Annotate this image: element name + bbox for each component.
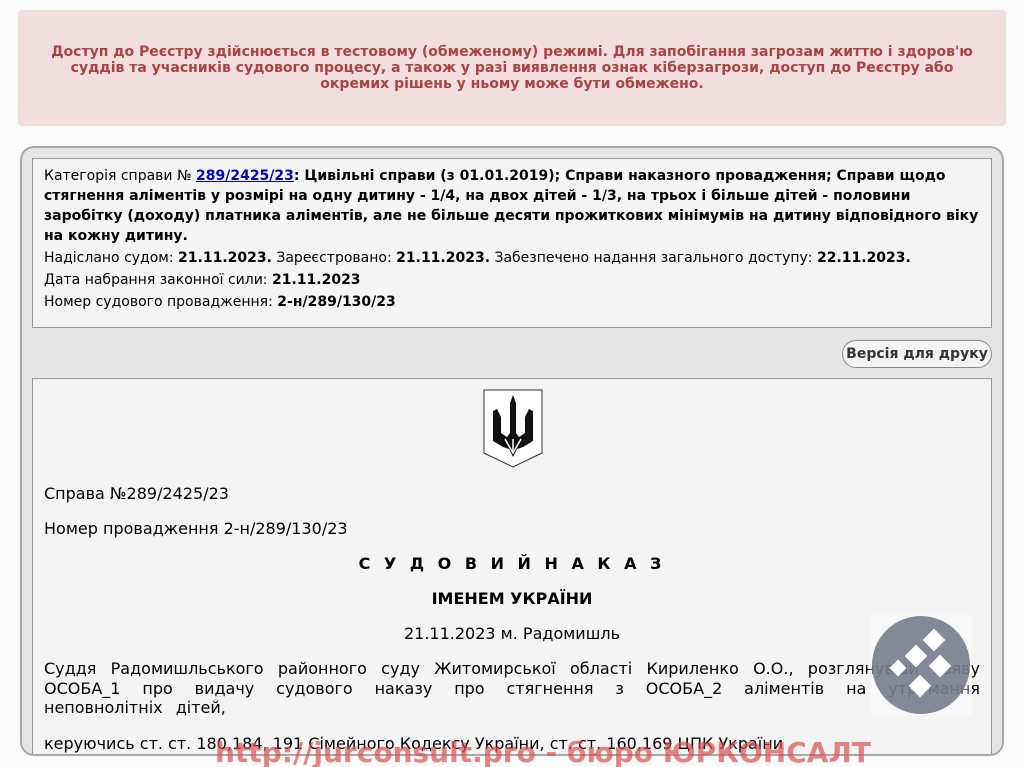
case-info: Категорія справи № 289/2425/23: Цивільні… bbox=[32, 158, 992, 328]
registry-notice: Доступ до Реєстру здійснюється в тестово… bbox=[18, 10, 1006, 126]
notice-text: Доступ до Реєстру здійснюється в тестово… bbox=[34, 44, 990, 92]
sent-value: 21.11.2023. bbox=[178, 250, 272, 266]
print-version-button[interactable]: Версія для друку bbox=[842, 340, 992, 368]
in-name-heading: ІМЕНЕМ УКРАЇНИ bbox=[44, 589, 980, 608]
coat-of-arms-icon bbox=[483, 389, 543, 469]
watermark-text: http://jurconsult.pro - бюро ЮРКОНСАЛТ bbox=[215, 736, 871, 767]
decision-document: Справа №289/2425/23 Номер провадження 2-… bbox=[32, 378, 992, 756]
proceeding-label: Номер судового провадження: bbox=[44, 294, 273, 310]
puzzle-logo-icon bbox=[870, 614, 972, 716]
effective-label: Дата набрання законної сили: bbox=[44, 272, 268, 288]
document-title: С У Д О В И Й Н А К А З bbox=[44, 554, 980, 573]
case-number-link[interactable]: 289/2425/23 bbox=[196, 168, 294, 184]
decision-panel: Категорія справи № 289/2425/23: Цивільні… bbox=[20, 146, 1004, 756]
effective-value: 21.11.2023 bbox=[272, 272, 361, 288]
case-number: Справа №289/2425/23 bbox=[44, 484, 980, 503]
proceeding-number: Номер провадження 2-н/289/130/23 bbox=[44, 519, 980, 538]
proceeding-value: 2-н/289/130/23 bbox=[277, 294, 396, 310]
date-place: 21.11.2023 м. Радомишль bbox=[44, 624, 980, 643]
registered-value: 21.11.2023. bbox=[396, 250, 490, 266]
category-row: Категорія справи № 289/2425/23: Цивільні… bbox=[44, 166, 980, 246]
body-paragraph: Суддя Радомишльського районного суду Жит… bbox=[44, 659, 980, 718]
effective-row: Дата набрання законної сили: 21.11.2023 bbox=[44, 270, 980, 290]
puzzle-logo-badge bbox=[870, 614, 972, 716]
sent-label: Надіслано судом: bbox=[44, 250, 174, 266]
registered-label: Зареєстровано: bbox=[276, 250, 391, 266]
category-label: Категорія справи № bbox=[44, 168, 192, 184]
dates-row: Надіслано судом: 21.11.2023. Зареєстрова… bbox=[44, 248, 980, 268]
access-value: 22.11.2023. bbox=[817, 250, 911, 266]
access-label: Забезпечено надання загального доступу: bbox=[494, 250, 812, 266]
proceeding-row: Номер судового провадження: 2-н/289/130/… bbox=[44, 292, 980, 312]
